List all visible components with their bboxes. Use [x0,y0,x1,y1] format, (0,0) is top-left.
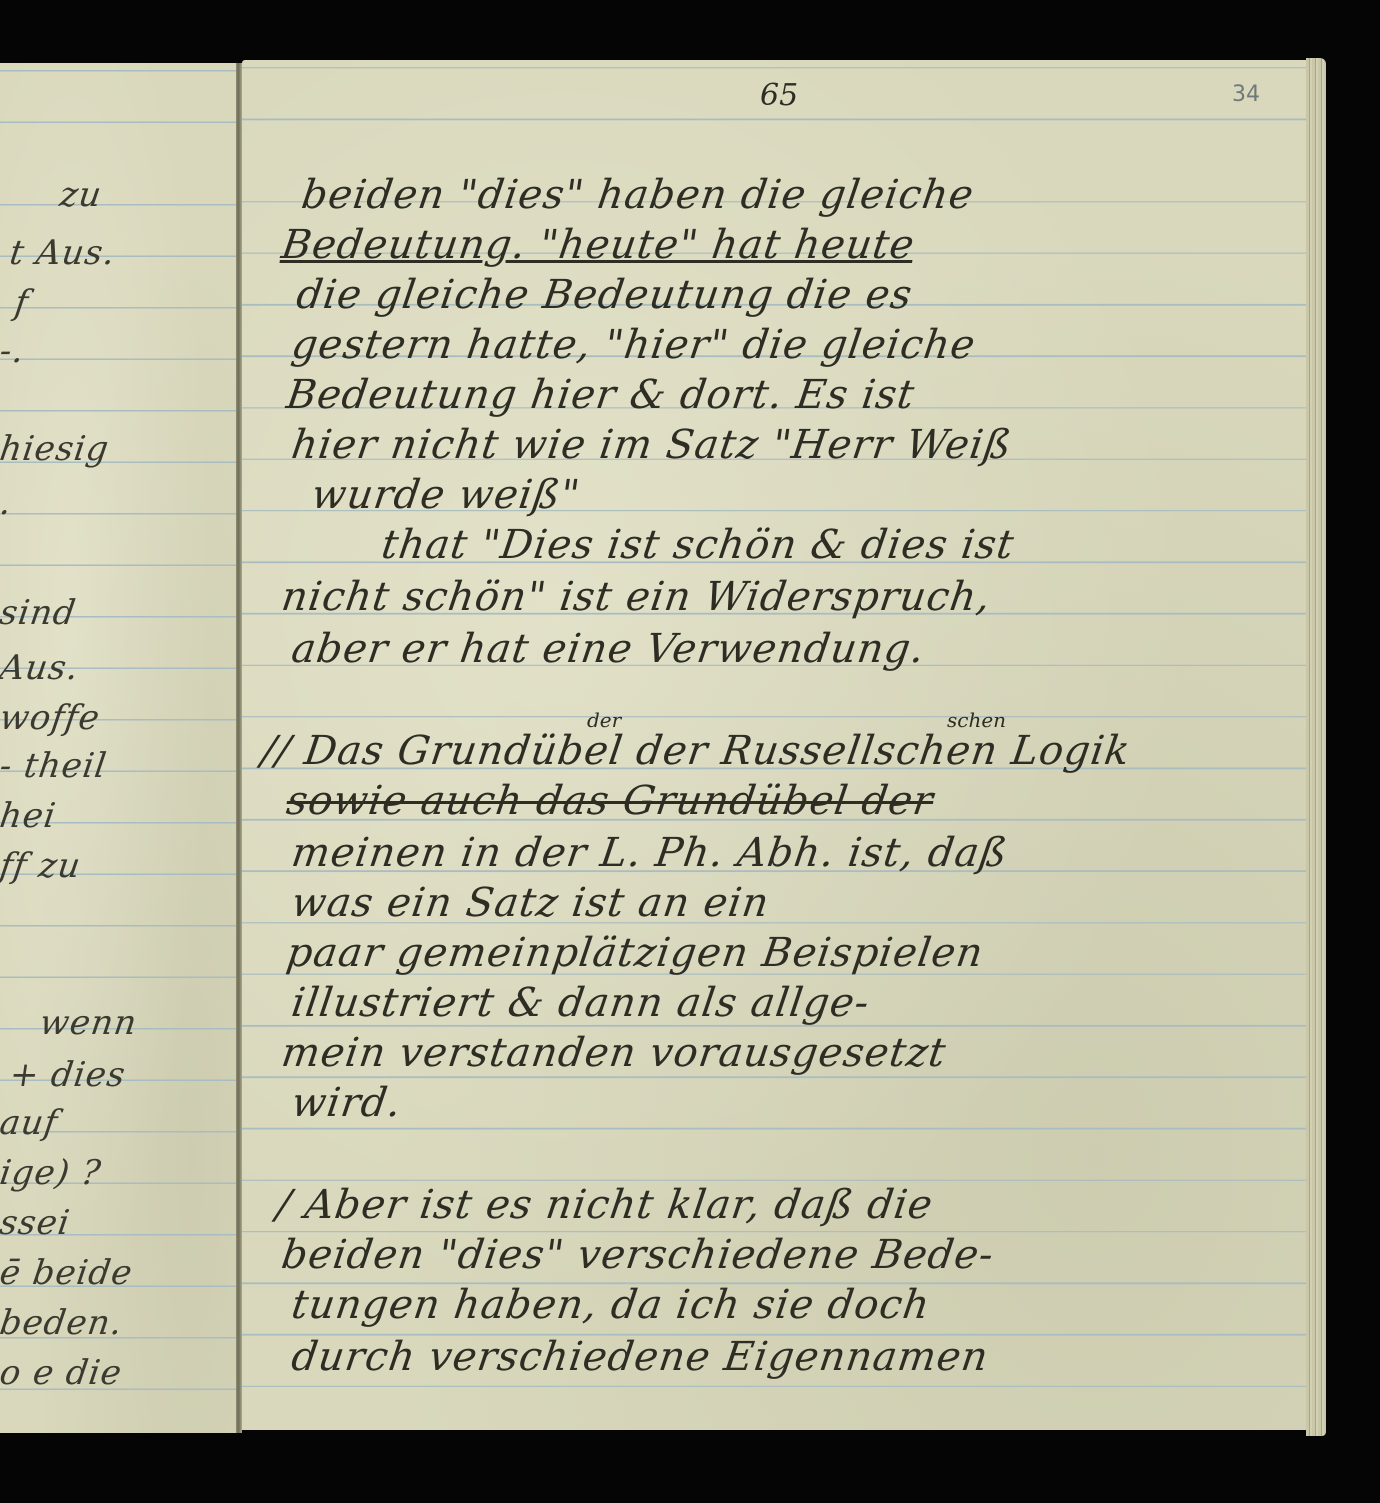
text-line-21: tungen haben, da ich sie doch [289,1282,933,1328]
left-notebook-page: zu t Aus. f -. hiesig . sind Aus. woffe … [0,63,238,1433]
left-line-5: hiesig [0,429,112,469]
left-line-22: o e die [0,1353,125,1393]
left-line-1: zu [57,175,104,215]
text-line-17: mein verstanden vorausgesetzt [279,1030,949,1076]
text-line-15: paar gemeinplätzigen Beispielen [284,930,987,976]
text-line-2: Bedeutung. "heute" hat heute [279,222,918,268]
left-line-9: Aus. [0,648,82,688]
left-line-12: hei [0,796,59,836]
left-line-2: t Aus. [7,233,118,273]
left-line-18: ige) ? [0,1153,104,1193]
text-line-16: illustriert & dann als allge- [289,980,873,1026]
text-line-4: gestern hatte, "hier" die gleiche [289,322,979,368]
folio-number: 34 [1232,82,1260,107]
left-line-11: - theil [0,746,110,786]
text-line-22: durch verschiedene Eigennamen [289,1334,992,1380]
text-line-1: beiden "dies" haben die gleiche [299,172,977,218]
text-line-11: // Das Grundübel der Russellschen Logik [259,728,1133,774]
page-edge-stack [1306,58,1326,1436]
text-line-14: was ein Satz ist an ein [289,880,773,926]
left-line-15: wenn [37,1003,140,1043]
left-line-20: ē beide [0,1253,135,1293]
text-line-3: die gleiche Bedeutung die es [294,272,916,318]
left-line-17: auf [0,1103,61,1143]
text-line-10: aber er hat eine Verwendung. [289,626,928,672]
left-line-16: + dies [7,1055,128,1095]
left-line-10: woffe [0,698,103,738]
text-line-8: that "Dies ist schön & dies ist [379,522,1018,568]
text-line-18: wird. [289,1080,405,1126]
left-line-13: ff zu [0,846,84,886]
left-line-8: sind [0,593,79,633]
left-line-19: ssei [0,1203,73,1243]
text-line-5: Bedeutung hier & dort. Es ist [284,372,918,418]
right-notebook-page: 65 34 beiden "dies" haben die gleiche Be… [242,60,1310,1430]
text-line-20: beiden "dies" verschiedene Bede- [279,1232,997,1278]
text-line-9: nicht schön" ist ein Widerspruch, [279,574,994,620]
text-line-6: hier nicht wie im Satz "Herr Weiß [289,422,1015,468]
left-line-21: beden. [0,1303,125,1343]
text-line-12: sowie auch das Grundübel der [284,778,937,824]
text-line-7: wurde weiß" [309,472,583,518]
text-line-19: / Aber ist es nicht klar, daß die [274,1182,936,1228]
page-number: 65 [760,78,798,113]
text-line-13: meinen in der L. Ph. Abh. ist, daß [289,830,1011,876]
